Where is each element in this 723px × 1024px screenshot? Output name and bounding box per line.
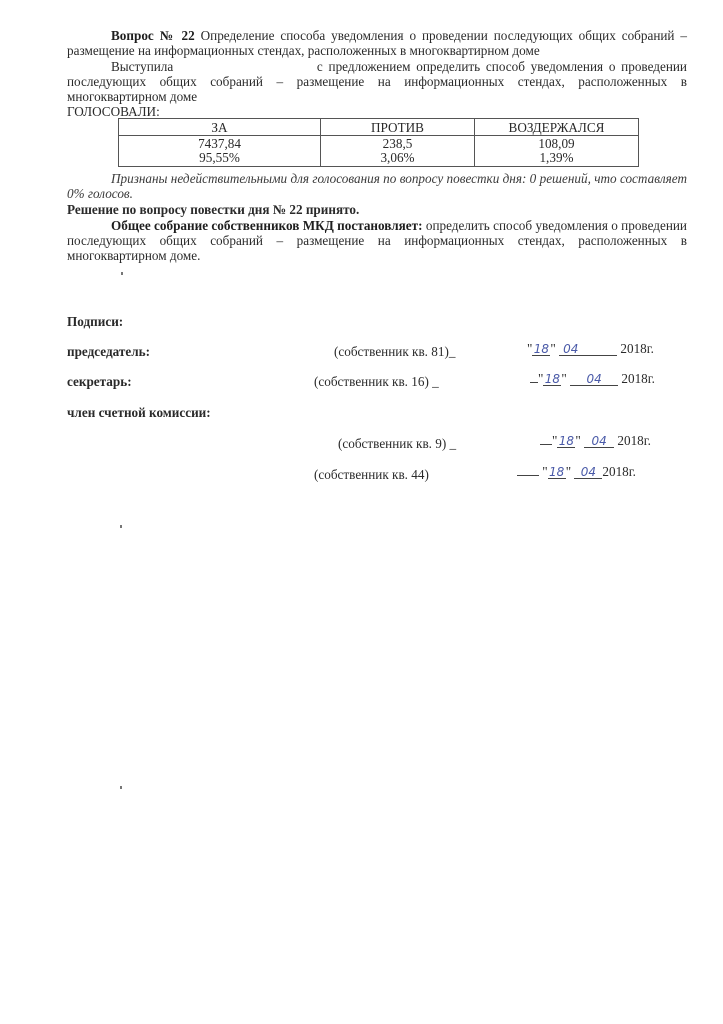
voting-header-row: ЗА ПРОТИВ ВОЗДЕРЖАЛСЯ — [119, 119, 639, 136]
voting-table: ЗА ПРОТИВ ВОЗДЕРЖАЛСЯ 7437,84 95,55% 238… — [118, 118, 639, 167]
column-against: ПРОТИВ — [321, 119, 475, 136]
decision-text: Решение по вопросу повестки дня № 22 при… — [67, 202, 359, 217]
commission-member-1-year: 2018г. — [617, 433, 651, 448]
commission-member-2-month: 04 — [574, 466, 602, 479]
commission-member-1-month: 04 — [584, 435, 614, 448]
scan-speck — [120, 786, 122, 789]
cell-abstained: 108,09 1,39% — [475, 136, 639, 167]
votes-against: 238,5 — [323, 137, 472, 151]
commission-member-1-date: "18" 04 2018г. — [540, 433, 651, 448]
chairman-year: 2018г. — [620, 341, 654, 356]
column-abstained: ВОЗДЕРЖАЛСЯ — [475, 119, 639, 136]
percent-abstained: 1,39% — [477, 151, 636, 165]
column-for: ЗА — [119, 119, 321, 136]
commission-member-2-day: 18 — [548, 466, 566, 479]
votes-for: 7437,84 — [121, 137, 318, 151]
commission-label: член счетной комиссии: — [67, 405, 211, 420]
speaker-paragraph: Выступила с предложением определить спос… — [67, 59, 687, 104]
secretary-year: 2018г. — [621, 371, 655, 386]
commission-member-1-day: 18 — [557, 435, 575, 448]
commission-member-1-owner: (собственник кв. 9) _ — [338, 436, 456, 451]
scan-speck — [120, 525, 122, 528]
secretary-day: 18 — [543, 373, 561, 386]
chairman-day: 18 — [532, 343, 550, 356]
chairman-month: 04 — [559, 343, 617, 356]
resolution-paragraph: Общее собрание собственников МКД постано… — [67, 218, 687, 263]
percent-for: 95,55% — [121, 151, 318, 165]
votes-abstained: 108,09 — [477, 137, 636, 151]
question-label: Вопрос № 22 — [111, 28, 195, 43]
percent-against: 3,06% — [323, 151, 472, 165]
chairman-date: "18" 04 2018г. — [527, 341, 654, 356]
resolution-label: Общее собрание собственников МКД постано… — [111, 218, 423, 233]
secretary-month: 04 — [570, 373, 618, 386]
voting-heading: ГОЛОСОВАЛИ: — [67, 104, 160, 119]
chairman-owner: (собственник кв. 81)_ — [334, 344, 455, 359]
secretary-label: секретарь: — [67, 374, 132, 389]
scan-speck — [121, 272, 123, 275]
voting-values-row: 7437,84 95,55% 238,5 3,06% 108,09 1,39% — [119, 136, 639, 167]
question-paragraph: Вопрос № 22 Определение способа уведомле… — [67, 28, 687, 58]
cell-for: 7437,84 95,55% — [119, 136, 321, 167]
commission-member-2-date: "18" 042018г. — [517, 464, 636, 479]
commission-member-2-owner: (собственник кв. 44) — [314, 467, 429, 482]
secretary-owner: (собственник кв. 16) _ — [314, 374, 439, 389]
invalid-votes-note: Признаны недействительными для голосован… — [67, 171, 687, 201]
secretary-date: "18" 04 2018г. — [530, 371, 655, 386]
signatures-heading: Подписи: — [67, 314, 123, 329]
chairman-label: председатель: — [67, 344, 150, 359]
commission-member-2-year: 2018г. — [602, 464, 636, 479]
cell-against: 238,5 3,06% — [321, 136, 475, 167]
